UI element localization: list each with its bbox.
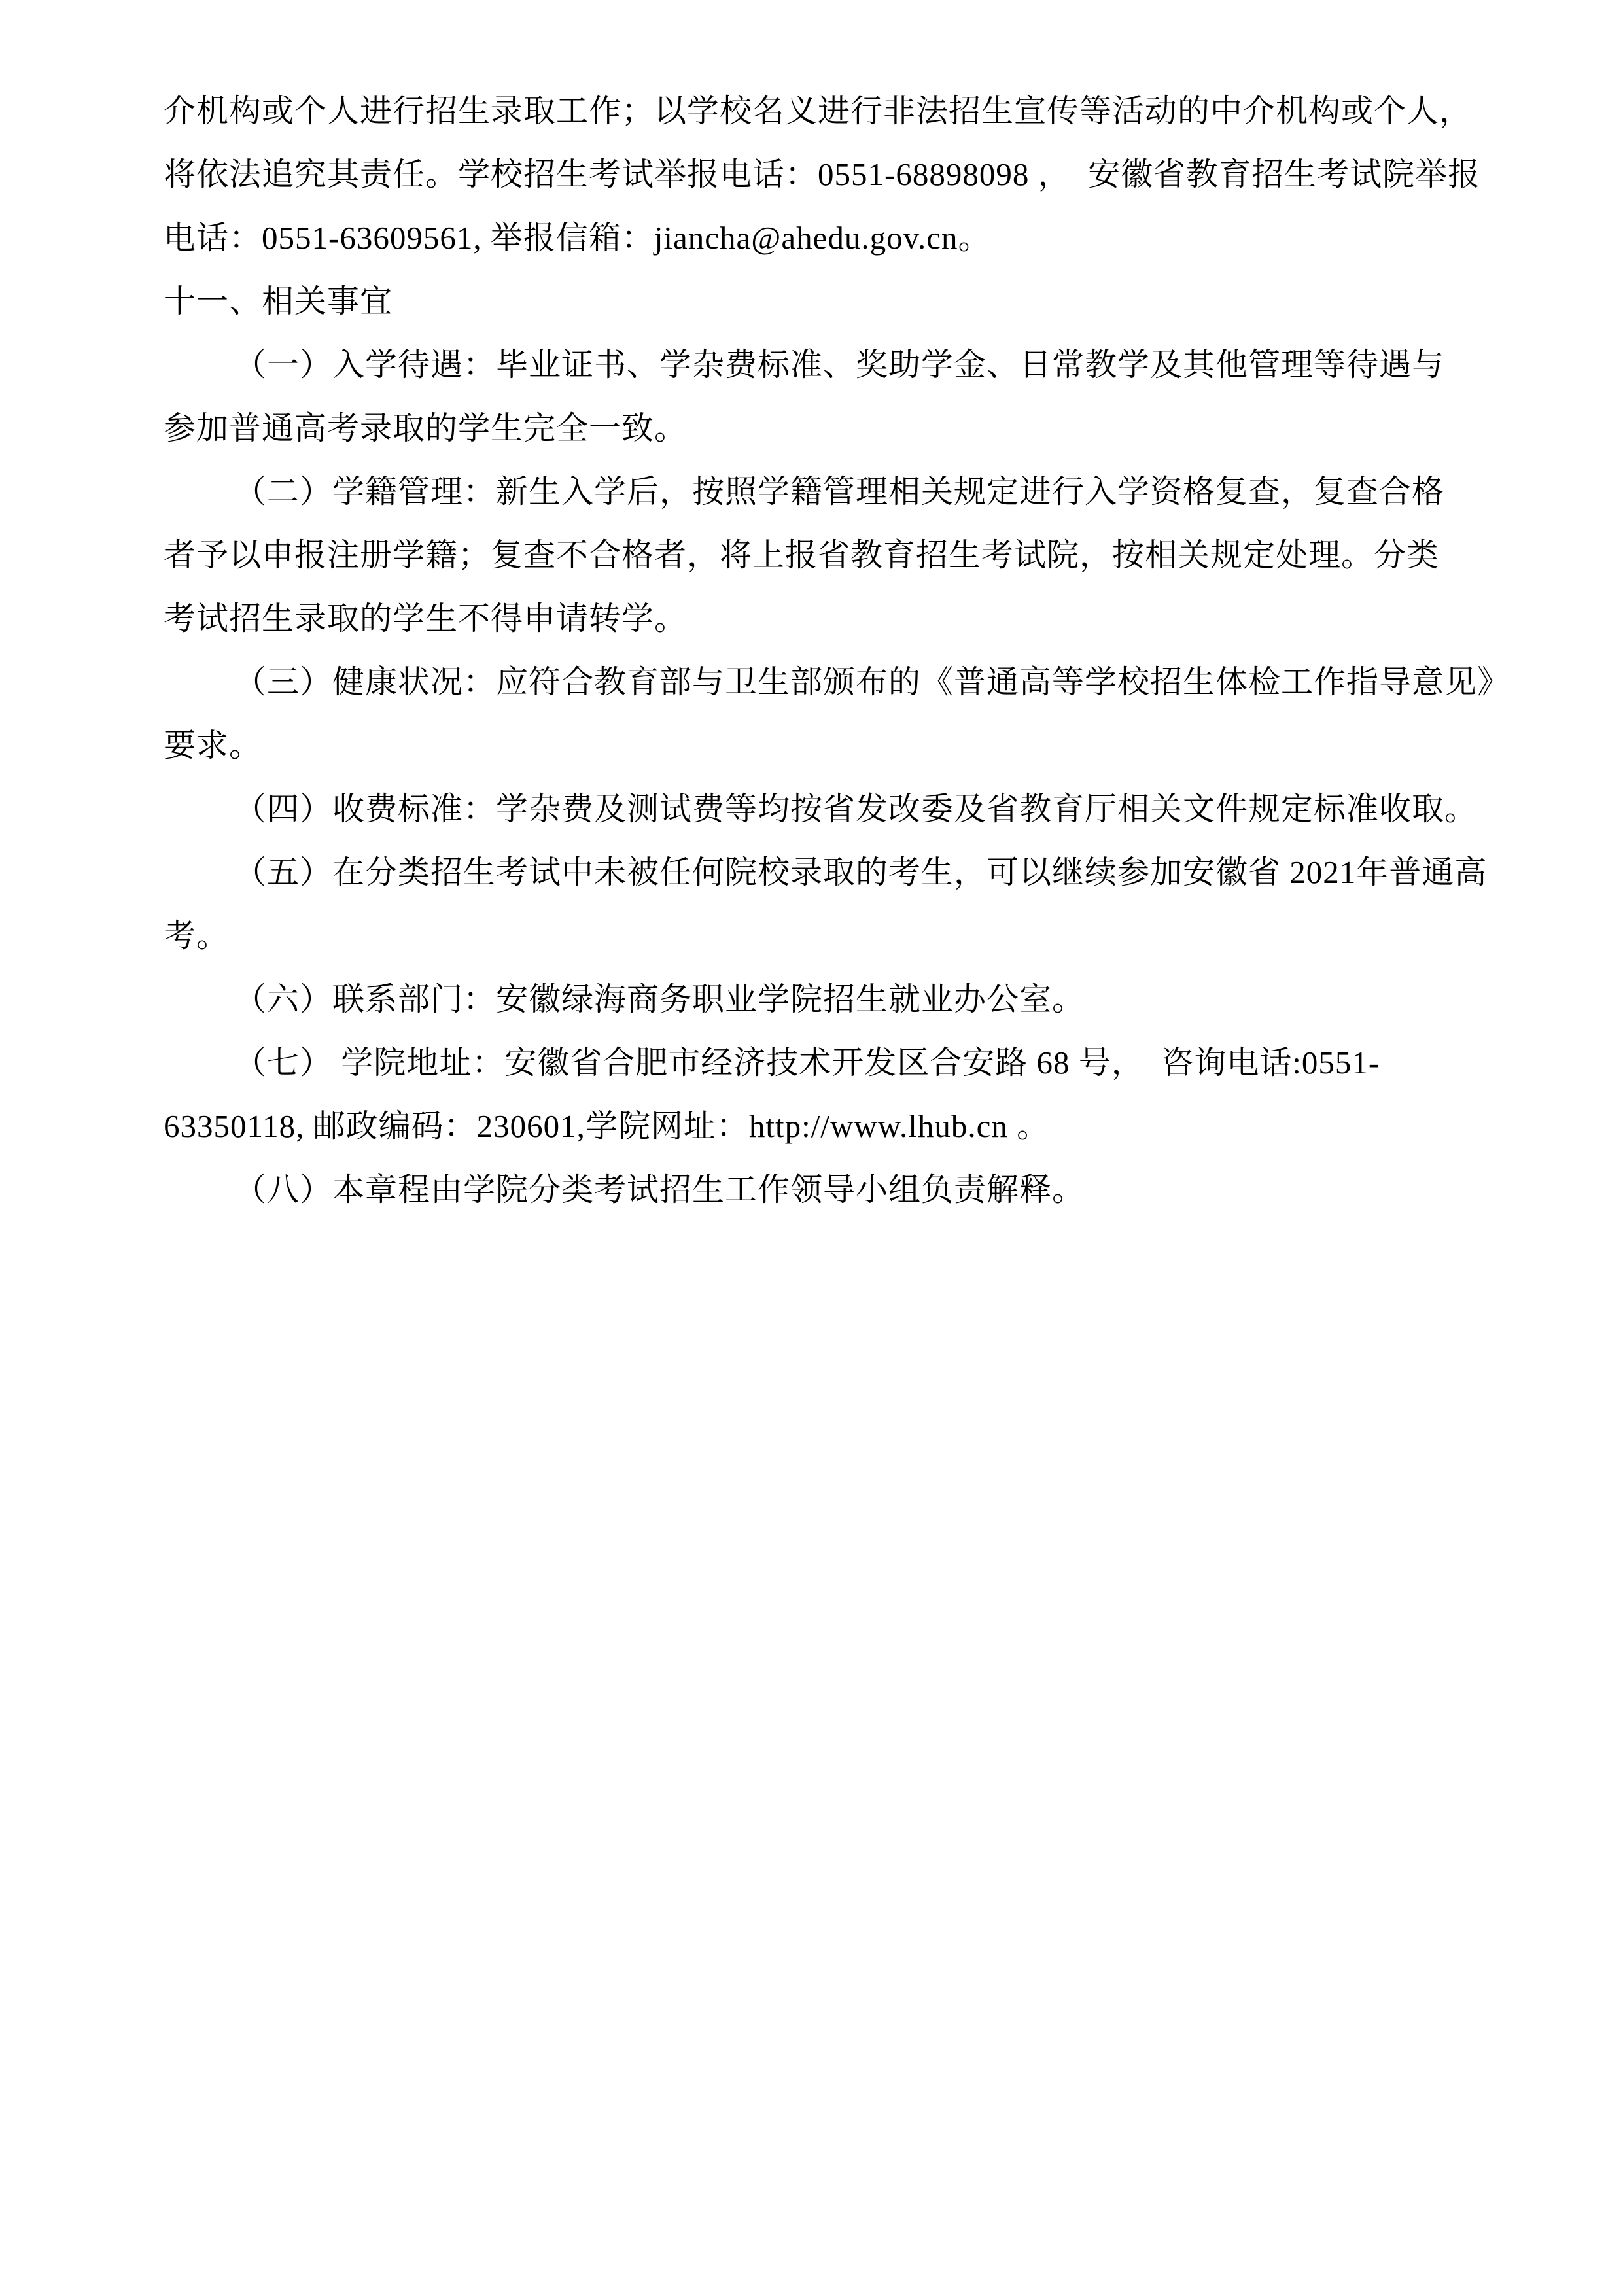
document-line: 参加普通高考录取的学生完全一致。 — [164, 396, 1469, 460]
document-line: 十一、相关事宜 — [164, 270, 1469, 333]
document-line: 63350118, 邮政编码：230601,学院网址：http://www.lh… — [164, 1094, 1469, 1158]
document-line: （二）学籍管理：新生入学后，按照学籍管理相关规定进行入学资格复查，复查合格 — [164, 460, 1469, 523]
document-page: 介机构或个人进行招生录取工作；以学校名义进行非法招生宣传等活动的中介机构或个人，… — [0, 0, 1623, 2296]
document-line: 考。 — [164, 904, 1469, 967]
document-body: 介机构或个人进行招生录取工作；以学校名义进行非法招生宣传等活动的中介机构或个人，… — [164, 79, 1469, 1221]
document-line: 电话：0551-63609561, 举报信箱：jiancha@ahedu.gov… — [164, 206, 1469, 270]
document-line: （六）联系部门：安徽绿海商务职业学院招生就业办公室。 — [164, 967, 1469, 1031]
document-line: 要求。 — [164, 714, 1469, 777]
document-line: 将依法追究其责任。学校招生考试举报电话：0551-68898098 ， 安徽省教… — [164, 143, 1469, 206]
document-line: （五）在分类招生考试中未被任何院校录取的考生，可以继续参加安徽省 2021年普通… — [164, 841, 1469, 904]
document-line: （三）健康状况：应符合教育部与卫生部颁布的《普通高等学校招生体检工作指导意见》 — [164, 650, 1469, 714]
document-line: （四）收费标准：学杂费及测试费等均按省发改委及省教育厅相关文件规定标准收取。 — [164, 777, 1469, 841]
document-line: （七） 学院地址：安徽省合肥市经济技术开发区合安路 68 号， 咨询电话:055… — [164, 1031, 1469, 1094]
document-line: 者予以申报注册学籍；复查不合格者，将上报省教育招生考试院，按相关规定处理。分类 — [164, 523, 1469, 587]
document-line: （八）本章程由学院分类考试招生工作领导小组负责解释。 — [164, 1158, 1469, 1221]
document-line: （一）入学待遇：毕业证书、学杂费标准、奖助学金、日常教学及其他管理等待遇与 — [164, 333, 1469, 396]
document-line: 介机构或个人进行招生录取工作；以学校名义进行非法招生宣传等活动的中介机构或个人， — [164, 79, 1469, 143]
document-line: 考试招生录取的学生不得申请转学。 — [164, 587, 1469, 650]
